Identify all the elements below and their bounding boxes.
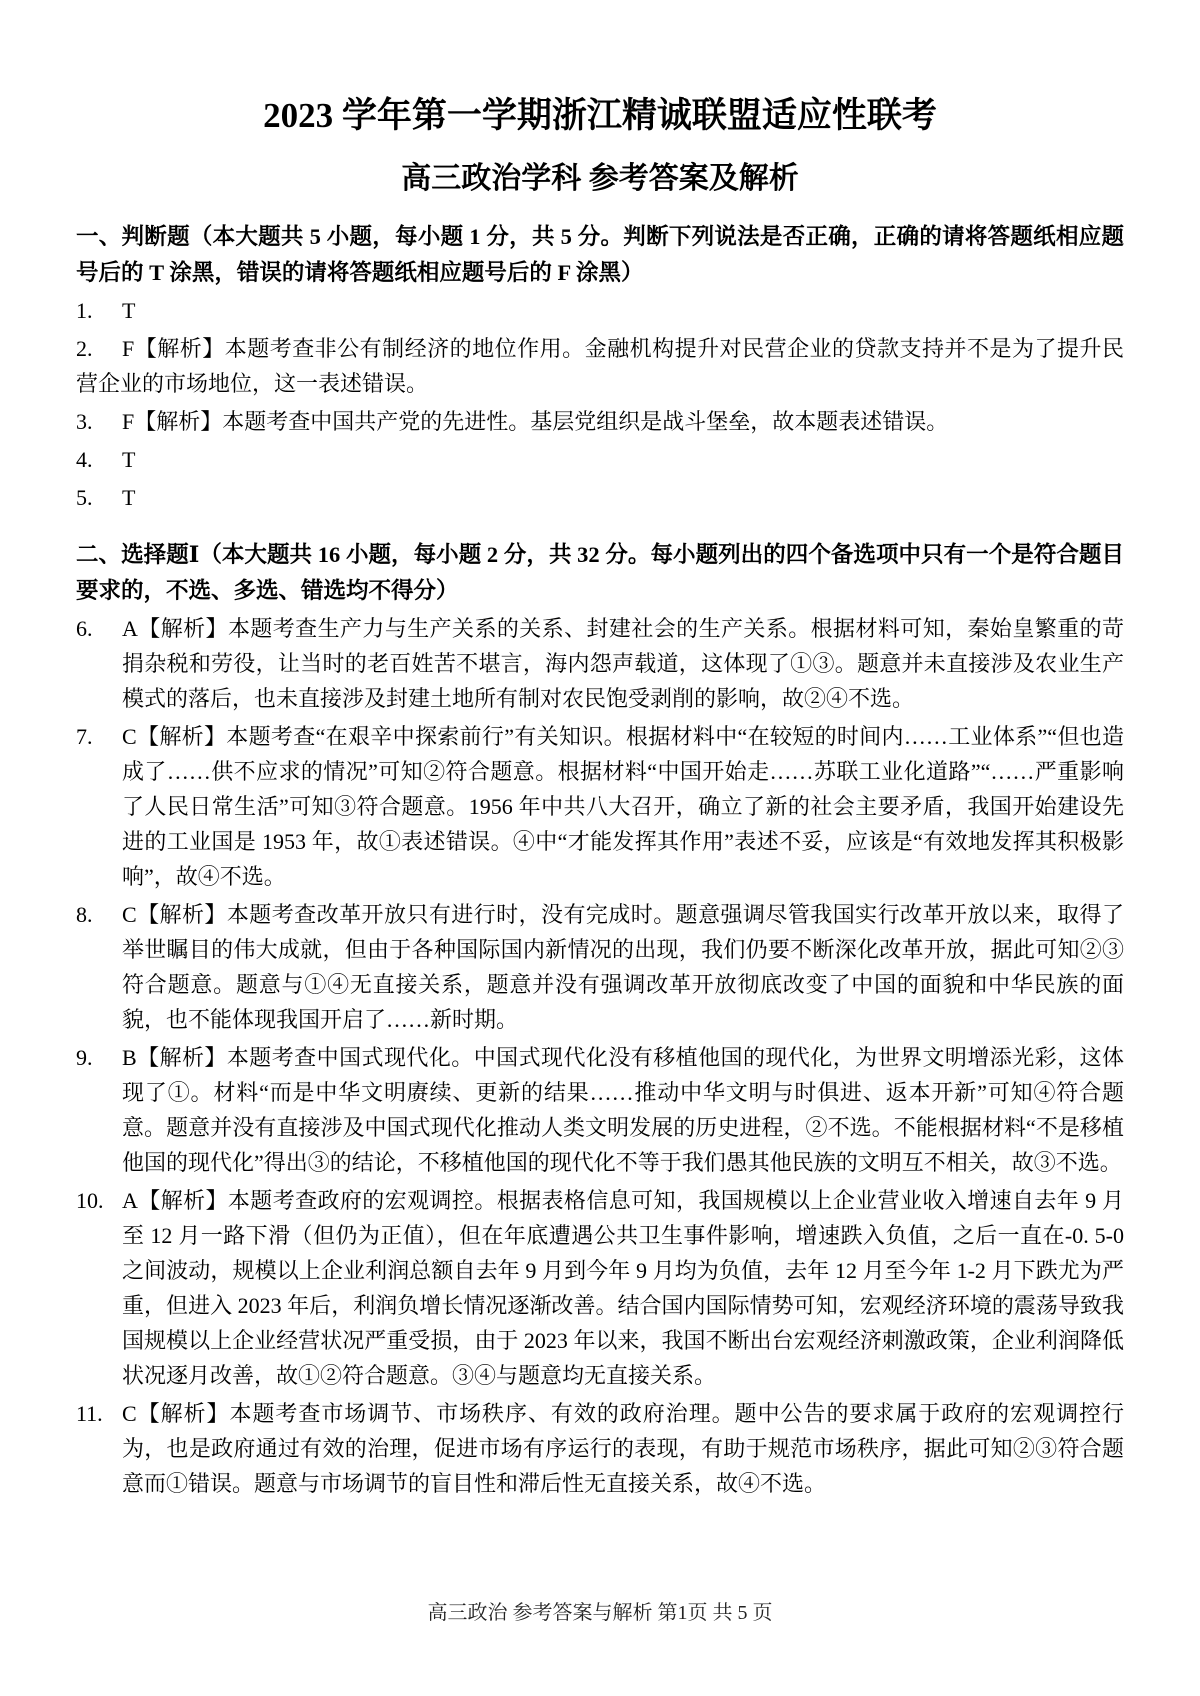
page-subtitle: 高三政治学科 参考答案及解析 [76,160,1124,198]
item-answer: C【解析】本题考查市场调节、市场秩序、有效的政府治理。题中公告的要求属于政府的宏… [122,1401,1124,1496]
item-number: 4. [76,442,122,477]
item-answer: B【解析】本题考查中国式现代化。中国式现代化没有移植他国的现代化，为世界文明增添… [122,1045,1124,1175]
item-answer: A【解析】本题考查生产力与生产关系的关系、封建社会的生产关系。根据材料可知，秦始… [122,616,1124,711]
judgment-item-2: 2.F【解析】本题考查非公有制经济的地位作用。金融机构提升对民营企业的贷款支持并… [76,331,1124,401]
item-answer: T [122,447,135,472]
page-footer: 高三政治 参考答案与解析 第1页 共 5 页 [0,1596,1200,1625]
item-number: 7. [76,719,122,754]
item-number: 6. [76,611,122,646]
item-number: 1. [76,293,122,328]
item-number: 8. [76,897,122,932]
choice-item-11: 11.C【解析】本题考查市场调节、市场秩序、有效的政府治理。题中公告的要求属于政… [76,1396,1124,1501]
judgment-item-3: 3.F【解析】本题考查中国共产党的先进性。基层党组织是战斗堡垒，故本题表述错误。 [76,404,1124,439]
document-page: 2023 学年第一学期浙江精诚联盟适应性联考 高三政治学科 参考答案及解析 一、… [0,0,1200,1501]
item-answer: F【解析】本题考查中国共产党的先进性。基层党组织是战斗堡垒，故本题表述错误。 [122,409,948,434]
section1-heading: 一、判断题（本大题共 5 小题，每小题 1 分，共 5 分。判断下列说法是否正确… [76,219,1124,291]
item-number: 10. [76,1183,122,1218]
item-number: 5. [76,480,122,515]
item-number: 9. [76,1040,122,1075]
page-title: 2023 学年第一学期浙江精诚联盟适应性联考 [76,94,1124,138]
choice-item-10: 10.A【解析】本题考查政府的宏观调控。根据表格信息可知，我国规模以上企业营业收… [76,1183,1124,1393]
judgment-item-4: 4.T [76,442,1124,477]
item-number: 2. [76,331,122,366]
choice-item-9: 9.B【解析】本题考查中国式现代化。中国式现代化没有移植他国的现代化，为世界文明… [76,1040,1124,1180]
item-number: 11. [76,1396,122,1431]
item-answer: C【解析】本题考查“在艰辛中探索前行”有关知识。根据材料中“在较短的时间内……工… [122,724,1124,889]
section2-heading: 二、选择题Ⅰ（本大题共 16 小题，每小题 2 分，共 32 分。每小题列出的四… [76,537,1124,609]
choice-item-6: 6.A【解析】本题考查生产力与生产关系的关系、封建社会的生产关系。根据材料可知，… [76,611,1124,716]
choice-item-7: 7.C【解析】本题考查“在艰辛中探索前行”有关知识。根据材料中“在较短的时间内…… [76,719,1124,894]
item-answer: A【解析】本题考查政府的宏观调控。根据表格信息可知，我国规模以上企业营业收入增速… [122,1188,1124,1388]
judgment-item-1: 1.T [76,293,1124,328]
choice-item-8: 8.C【解析】本题考查改革开放只有进行时，没有完成时。题意强调尽管我国实行改革开… [76,897,1124,1037]
item-number: 3. [76,404,122,439]
item-answer: T [122,485,135,510]
item-answer: F【解析】本题考查非公有制经济的地位作用。金融机构提升对民营企业的贷款支持并不是… [76,336,1124,396]
item-answer: T [122,298,135,323]
item-answer: C【解析】本题考查改革开放只有进行时，没有完成时。题意强调尽管我国实行改革开放以… [122,902,1124,1032]
judgment-item-5: 5.T [76,480,1124,515]
